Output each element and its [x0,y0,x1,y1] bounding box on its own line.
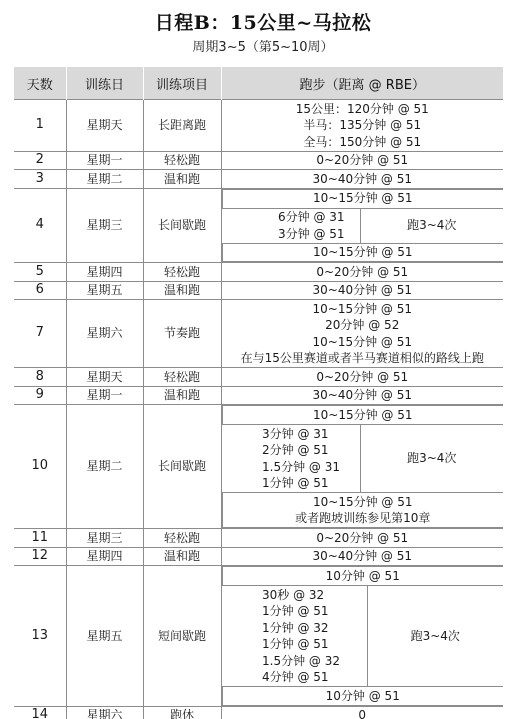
weekday: 星期四 [66,263,143,282]
weekday: 星期天 [66,100,143,152]
table-row: 9星期一温和跑30~40分钟 @ 51 [14,386,503,405]
day-number: 5 [14,263,66,282]
interval-step: 6分钟 @ 31 [278,209,360,226]
column-header-weekday: 训练日 [66,67,143,100]
run-line: 10~15分钟 @ 51 [222,334,504,351]
day-number: 14 [14,706,66,719]
table-row: 13星期五短间歇跑10分钟 @ 5130秒 @ 321分钟 @ 511分钟 @ … [14,566,503,707]
table-row: 11星期三轻松跑0~20分钟 @ 51 [14,529,503,548]
repeat-count: 跑3~4次 [367,586,503,687]
run-details: 0~20分钟 @ 51 [221,263,503,282]
day-number: 2 [14,151,66,170]
run-line: 0~20分钟 @ 51 [222,369,504,386]
workout-type: 温和跑 [143,547,221,566]
weekday: 星期三 [66,529,143,548]
run-details: 30~40分钟 @ 51 [221,386,503,405]
run-details: 15公里：120分钟 @ 51半马：135分钟 @ 51全马：150分钟 @ 5… [221,100,503,152]
interval-step: 1.5分钟 @ 31 [262,459,360,476]
table-row: 5星期四轻松跑0~20分钟 @ 51 [14,263,503,282]
day-number: 9 [14,386,66,405]
run-line: 0~20分钟 @ 51 [222,264,504,281]
workout-type: 温和跑 [143,281,221,300]
weekday: 星期五 [66,281,143,300]
run-details: 30~40分钟 @ 51 [221,547,503,566]
run-line: 0~20分钟 @ 51 [222,152,504,169]
workout-type: 节奏跑 [143,300,221,368]
run-details: 30~40分钟 @ 51 [221,170,503,189]
run-line: 0~20分钟 @ 51 [222,530,504,547]
weekday: 星期二 [66,405,143,529]
run-line: 在与15公里赛道或者半马赛道相似的路线上跑 [222,350,504,367]
interval-step: 1分钟 @ 51 [262,636,367,653]
table-row: 3星期二温和跑30~40分钟 @ 51 [14,170,503,189]
day-number: 13 [14,566,66,707]
day-number: 8 [14,368,66,387]
day-number: 4 [14,188,66,263]
run-line: 30~40分钟 @ 51 [222,548,504,565]
day-number: 10 [14,405,66,529]
table-row: 12星期四温和跑30~40分钟 @ 51 [14,547,503,566]
interval-steps: 3分钟 @ 312分钟 @ 511.5分钟 @ 311分钟 @ 51 [222,425,360,493]
day-number: 7 [14,300,66,368]
cooldown-line: 或者跑坡训练参见第10章 [223,510,504,527]
cooldown-line: 10~15分钟 @ 51 [223,494,504,511]
warmup: 10~15分钟 @ 51 [222,189,503,208]
table-row: 2星期一轻松跑0~20分钟 @ 51 [14,151,503,170]
day-number: 1 [14,100,66,152]
weekday: 星期二 [66,170,143,189]
day-number: 3 [14,170,66,189]
run-details: 0~20分钟 @ 51 [221,151,503,170]
run-details: 10~15分钟 @ 5120分钟 @ 5210~15分钟 @ 51在与15公里赛… [221,300,503,368]
interval-breakdown: 10分钟 @ 5130秒 @ 321分钟 @ 511分钟 @ 321分钟 @ 5… [222,566,504,706]
run-details: 10~15分钟 @ 516分钟 @ 313分钟 @ 51跑3~4次10~15分钟… [221,188,503,263]
weekday: 星期一 [66,151,143,170]
day-number: 11 [14,529,66,548]
run-line: 30~40分钟 @ 51 [222,171,504,188]
workout-type: 长距离跑 [143,100,221,152]
run-line: 0 [222,707,504,719]
interval-step: 1分钟 @ 51 [262,603,367,620]
workout-type: 轻松跑 [143,151,221,170]
run-details: 10分钟 @ 5130秒 @ 321分钟 @ 511分钟 @ 321分钟 @ 5… [221,566,503,707]
workout-type: 轻松跑 [143,368,221,387]
interval-step: 3分钟 @ 51 [278,226,360,243]
run-line: 30~40分钟 @ 51 [222,282,504,299]
table-row: 14星期六跑休0 [14,706,503,719]
interval-steps: 30秒 @ 321分钟 @ 511分钟 @ 321分钟 @ 511.5分钟 @ … [222,586,367,687]
table-row: 4星期三长间歇跑10~15分钟 @ 516分钟 @ 313分钟 @ 51跑3~4… [14,188,503,263]
weekday: 星期天 [66,368,143,387]
training-schedule-table: 天数 训练日 训练项目 跑步（距离 @ RBE） 1星期天长距离跑15公里：12… [14,67,503,719]
workout-type: 短间歇跑 [143,566,221,707]
workout-type: 跑休 [143,706,221,719]
run-details: 0~20分钟 @ 51 [221,529,503,548]
run-details: 10~15分钟 @ 513分钟 @ 312分钟 @ 511.5分钟 @ 311分… [221,405,503,529]
cooldown-line: 10~15分钟 @ 51 [223,244,504,261]
run-line: 半马：135分钟 @ 51 [222,117,504,134]
column-header-workout-type: 训练项目 [143,67,221,100]
workout-type: 长间歇跑 [143,405,221,529]
workout-type: 长间歇跑 [143,188,221,263]
run-details: 0 [221,706,503,719]
workout-type: 温和跑 [143,170,221,189]
weekday: 星期三 [66,188,143,263]
repeat-count: 跑3~4次 [360,425,503,493]
run-details: 30~40分钟 @ 51 [221,281,503,300]
column-header-run: 跑步（距离 @ RBE） [221,67,503,100]
run-line: 30~40分钟 @ 51 [222,387,504,404]
workout-type: 轻松跑 [143,263,221,282]
day-number: 12 [14,547,66,566]
interval-step: 4分钟 @ 51 [262,669,367,686]
schedule-subtitle: 周期3~5（第5~10周） [0,36,526,55]
interval-step: 3分钟 @ 31 [262,426,360,443]
weekday: 星期五 [66,566,143,707]
weekday: 星期六 [66,706,143,719]
table-row: 10星期二长间歇跑10~15分钟 @ 513分钟 @ 312分钟 @ 511.5… [14,405,503,529]
table-row: 7星期六节奏跑10~15分钟 @ 5120分钟 @ 5210~15分钟 @ 51… [14,300,503,368]
weekday: 星期六 [66,300,143,368]
run-line: 20分钟 @ 52 [222,317,504,334]
workout-type: 温和跑 [143,386,221,405]
interval-step: 1分钟 @ 32 [262,620,367,637]
workout-type: 轻松跑 [143,529,221,548]
cooldown: 10~15分钟 @ 51或者跑坡训练参见第10章 [222,493,503,528]
cooldown-line: 10分钟 @ 51 [223,688,504,705]
run-line: 10~15分钟 @ 51 [222,301,504,318]
schedule-title: 日程B：15公里~马拉松 [0,8,526,35]
table-row: 1星期天长距离跑15公里：120分钟 @ 51半马：135分钟 @ 51全马：1… [14,100,503,152]
interval-step: 2分钟 @ 51 [262,442,360,459]
table-body: 1星期天长距离跑15公里：120分钟 @ 51半马：135分钟 @ 51全马：1… [14,100,503,719]
table-row: 6星期五温和跑30~40分钟 @ 51 [14,281,503,300]
interval-breakdown: 10~15分钟 @ 516分钟 @ 313分钟 @ 51跑3~4次10~15分钟… [222,189,504,263]
column-header-day: 天数 [14,67,66,100]
interval-step: 1.5分钟 @ 32 [262,653,367,670]
warmup: 10~15分钟 @ 51 [222,406,503,425]
warmup: 10分钟 @ 51 [222,567,503,586]
cooldown: 10分钟 @ 51 [222,687,503,706]
day-number: 6 [14,281,66,300]
run-line: 全马：150分钟 @ 51 [222,134,504,151]
interval-step: 1分钟 @ 51 [262,475,360,492]
interval-steps: 6分钟 @ 313分钟 @ 51 [222,208,360,243]
interval-step: 30秒 @ 32 [262,587,367,604]
interval-breakdown: 10~15分钟 @ 513分钟 @ 312分钟 @ 511.5分钟 @ 311分… [222,405,504,528]
cooldown: 10~15分钟 @ 51 [222,243,503,262]
run-line: 15公里：120分钟 @ 51 [222,101,504,118]
repeat-count: 跑3~4次 [360,208,503,243]
weekday: 星期四 [66,547,143,566]
table-header-row: 天数 训练日 训练项目 跑步（距离 @ RBE） [14,67,503,100]
table-row: 8星期天轻松跑0~20分钟 @ 51 [14,368,503,387]
weekday: 星期一 [66,386,143,405]
run-details: 0~20分钟 @ 51 [221,368,503,387]
